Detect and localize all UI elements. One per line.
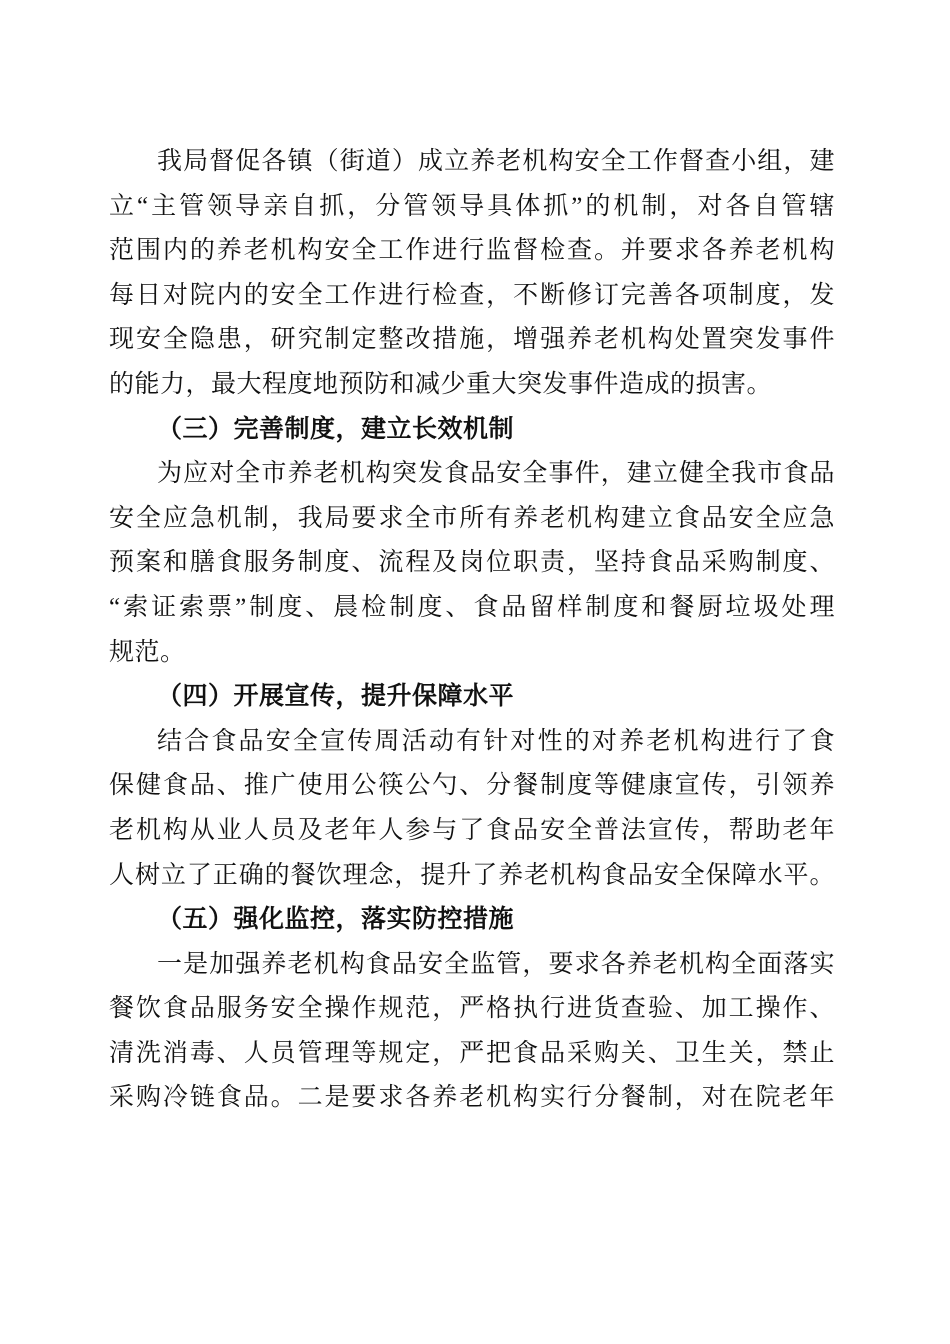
paragraph-line: 一是加强养老机构食品安全监管，要求各养老机构全面落实 bbox=[109, 943, 835, 988]
paragraph-line: 的能力，最大程度地预防和减少重大突发事件造成的损害。 bbox=[109, 363, 835, 408]
paragraph-line: 安全应急机制，我局要求全市所有养老机构建立食品安全应急 bbox=[109, 497, 835, 542]
paragraph-line: 采购冷链食品。二是要求各养老机构实行分餐制，对在院老年 bbox=[109, 1076, 835, 1121]
paragraph-line: 我局督促各镇（街道）成立养老机构安全工作督查小组，建 bbox=[109, 140, 835, 185]
section-heading-3: （三）完善制度，建立长效机制 bbox=[109, 408, 835, 453]
section-heading-5: （五）强化监控，落实防控措施 bbox=[109, 898, 835, 943]
paragraph-line: 现安全隐患，研究制定整改措施，增强养老机构处置突发事件 bbox=[109, 318, 835, 363]
paragraph-line: 预案和膳食服务制度、流程及岗位职责，坚持食品采购制度、 bbox=[109, 541, 835, 586]
section-heading-4: （四）开展宣传，提升保障水平 bbox=[109, 675, 835, 720]
paragraph-line: 结合食品安全宣传周活动有针对性的对养老机构进行了食品、 bbox=[109, 720, 835, 765]
paragraph-line: 每日对院内的安全工作进行检查，不断修订完善各项制度，发 bbox=[109, 274, 835, 319]
document-text-block: 我局督促各镇（街道）成立养老机构安全工作督查小组，建 立“主管领导亲自抓，分管领… bbox=[109, 140, 835, 1121]
document-page: 我局督促各镇（街道）成立养老机构安全工作督查小组，建 立“主管领导亲自抓，分管领… bbox=[0, 0, 950, 1344]
paragraph-line: 规范。 bbox=[109, 631, 835, 676]
paragraph-line: 范围内的养老机构安全工作进行监督检查。并要求各养老机构 bbox=[109, 229, 835, 274]
paragraph-line: 清洗消毒、人员管理等规定，严把食品采购关、卫生关，禁止 bbox=[109, 1032, 835, 1077]
paragraph-line: 餐饮食品服务安全操作规范，严格执行进货查验、加工操作、 bbox=[109, 987, 835, 1032]
paragraph-line: 人树立了正确的餐饮理念，提升了养老机构食品安全保障水平。 bbox=[109, 854, 835, 899]
paragraph-line: “索证索票”制度、晨检制度、食品留样制度和餐厨垃圾处理 bbox=[109, 586, 835, 631]
paragraph-line: 为应对全市养老机构突发食品安全事件，建立健全我市食品 bbox=[109, 452, 835, 497]
paragraph-line: 老机构从业人员及老年人参与了食品安全普法宣传，帮助老年 bbox=[109, 809, 835, 854]
paragraph-line: 保健食品、推广使用公筷公勺、分餐制度等健康宣传，引领养 bbox=[109, 764, 835, 809]
paragraph-line: 立“主管领导亲自抓，分管领导具体抓”的机制，对各自管辖 bbox=[109, 185, 835, 230]
